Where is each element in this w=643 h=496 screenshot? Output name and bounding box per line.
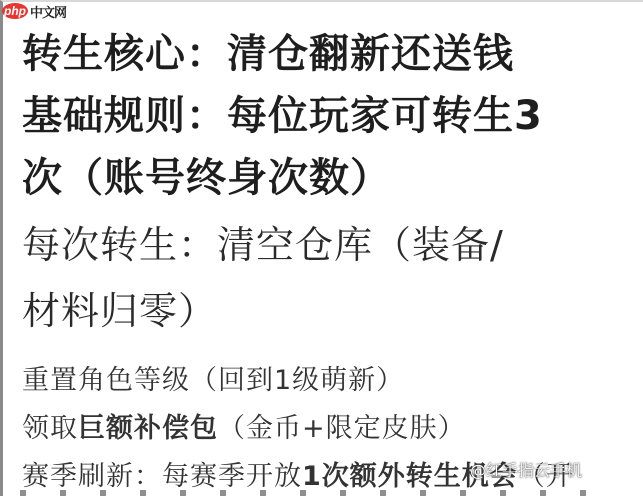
php-logo-icon: php bbox=[2, 3, 28, 19]
cropped-next-line bbox=[20, 490, 620, 496]
rule-basic-line1: 基础规则：每位玩家可转生3 bbox=[22, 84, 543, 141]
heading-core: 转生核心：清仓翻新还送钱 bbox=[22, 22, 514, 79]
site-logo: php 中文网 bbox=[2, 1, 66, 21]
compensation-prefix: 领取 bbox=[22, 413, 78, 444]
compensation-suffix: （金币+限定皮肤） bbox=[218, 413, 466, 444]
rule-each-line2: 材料归零） bbox=[22, 280, 217, 335]
rule-compensation: 领取巨额补偿包（金币+限定皮肤） bbox=[22, 406, 466, 445]
author-watermark: @红手指云手机 bbox=[470, 458, 582, 481]
site-logo-text: 中文网 bbox=[30, 2, 66, 21]
season-prefix: 赛季刷新：每赛季开放 bbox=[22, 461, 302, 492]
rule-each-line1: 每次转生：清空仓库（装备/ bbox=[22, 214, 504, 269]
compensation-highlight: 巨额补偿包 bbox=[78, 413, 218, 444]
rule-basic-line2: 次（账号终身次数） bbox=[22, 146, 391, 203]
rule-reset-level: 重置角色等级（回到1级萌新） bbox=[22, 358, 404, 397]
